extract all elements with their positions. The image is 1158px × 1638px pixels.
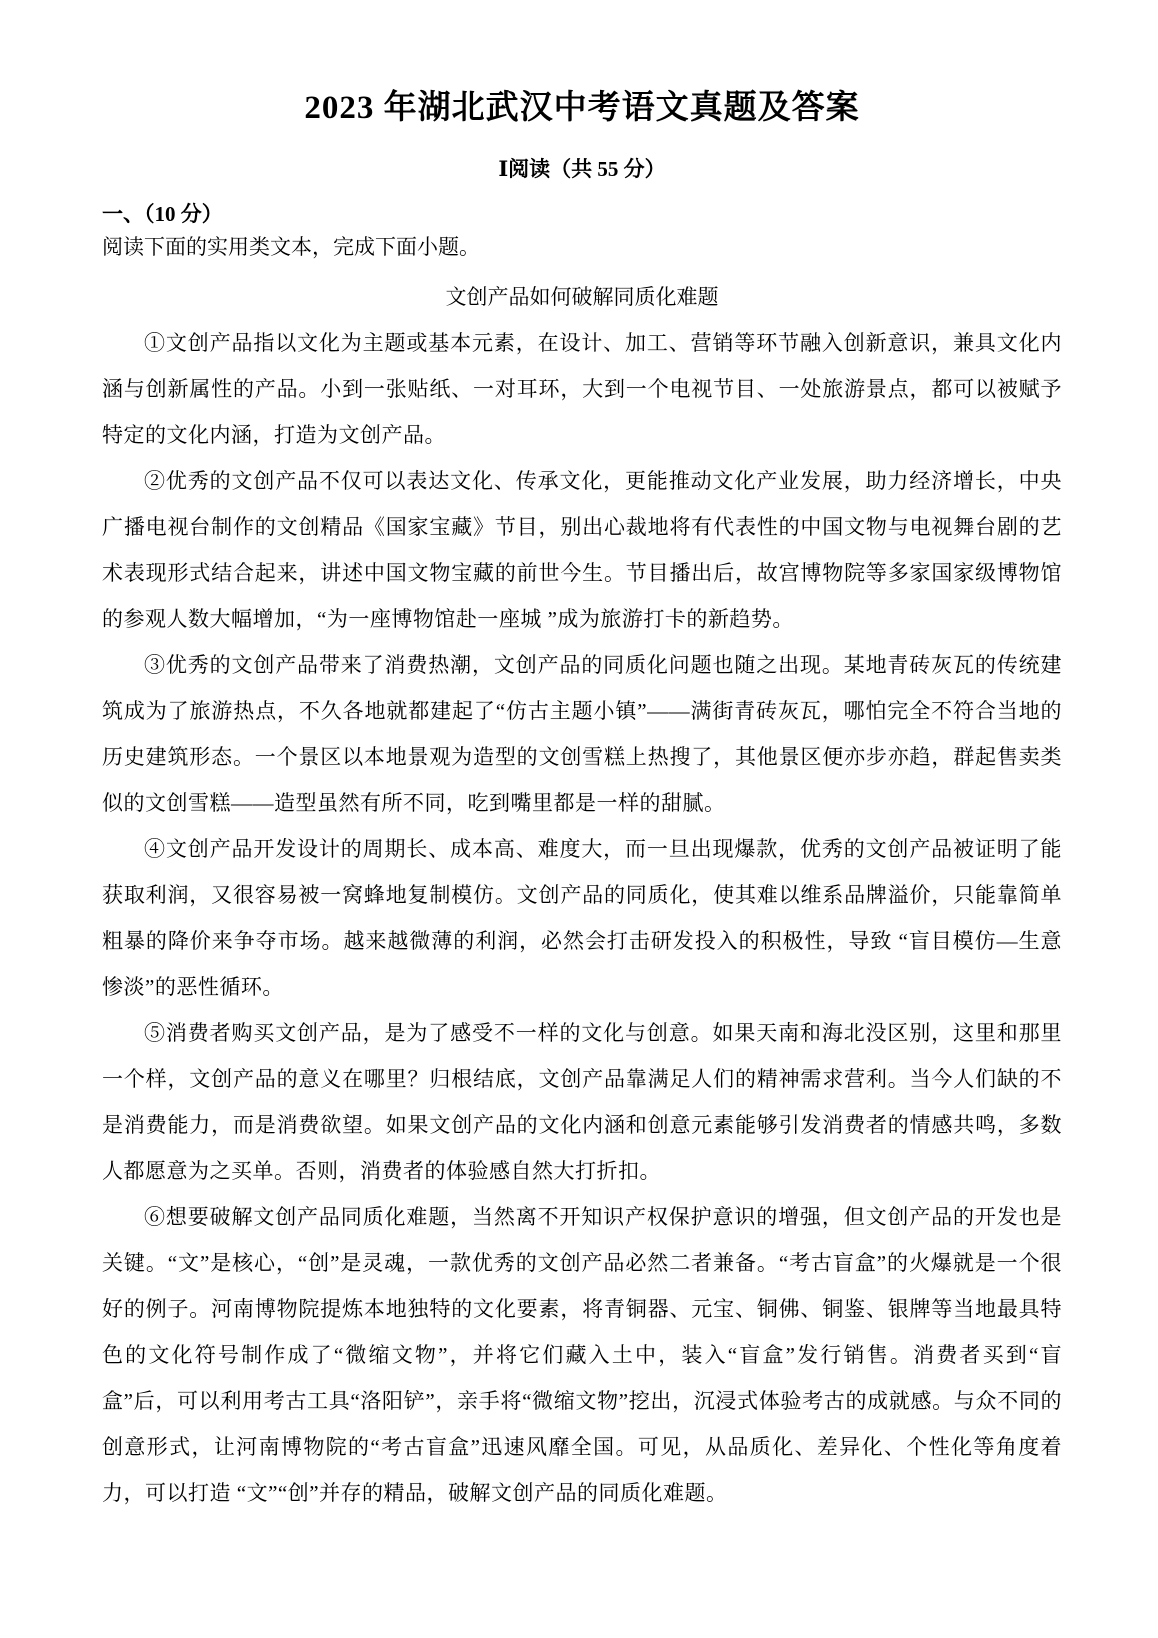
question-number: 一、（10 分）	[102, 198, 1062, 231]
exam-paper-page: 2023 年湖北武汉中考语文真题及答案 Ⅰ阅读（共 55 分） 一、（10 分）…	[0, 0, 1158, 1638]
article-paragraph-5: ⑤消费者购买文创产品，是为了感受不一样的文化与创意。如果天南和海北没区别，这里和…	[102, 1010, 1062, 1194]
article-paragraph-3: ③优秀的文创产品带来了消费热潮，文创产品的同质化问题也随之出现。某地青砖灰瓦的传…	[102, 642, 1062, 826]
article-paragraph-4: ④文创产品开发设计的周期长、成本高、难度大，而一旦出现爆款，优秀的文创产品被证明…	[102, 826, 1062, 1010]
document-title: 2023 年湖北武汉中考语文真题及答案	[102, 86, 1062, 131]
article-title: 文创产品如何破解同质化难题	[102, 274, 1062, 320]
article-paragraph-2: ②优秀的文创产品不仅可以表达文化、传承文化，更能推动文化产业发展，助力经济增长，…	[102, 458, 1062, 642]
article-paragraph-1: ①文创产品指以文化为主题或基本元素，在设计、加工、营销等环节融入创新意识，兼具文…	[102, 320, 1062, 458]
section-heading-reading: Ⅰ阅读（共 55 分）	[102, 157, 1062, 182]
instruction-text: 阅读下面的实用类文本，完成下面小题。	[102, 231, 1062, 264]
article-paragraph-6: ⑥想要破解文创产品同质化难题，当然离不开知识产权保护意识的增强，但文创产品的开发…	[102, 1194, 1062, 1516]
